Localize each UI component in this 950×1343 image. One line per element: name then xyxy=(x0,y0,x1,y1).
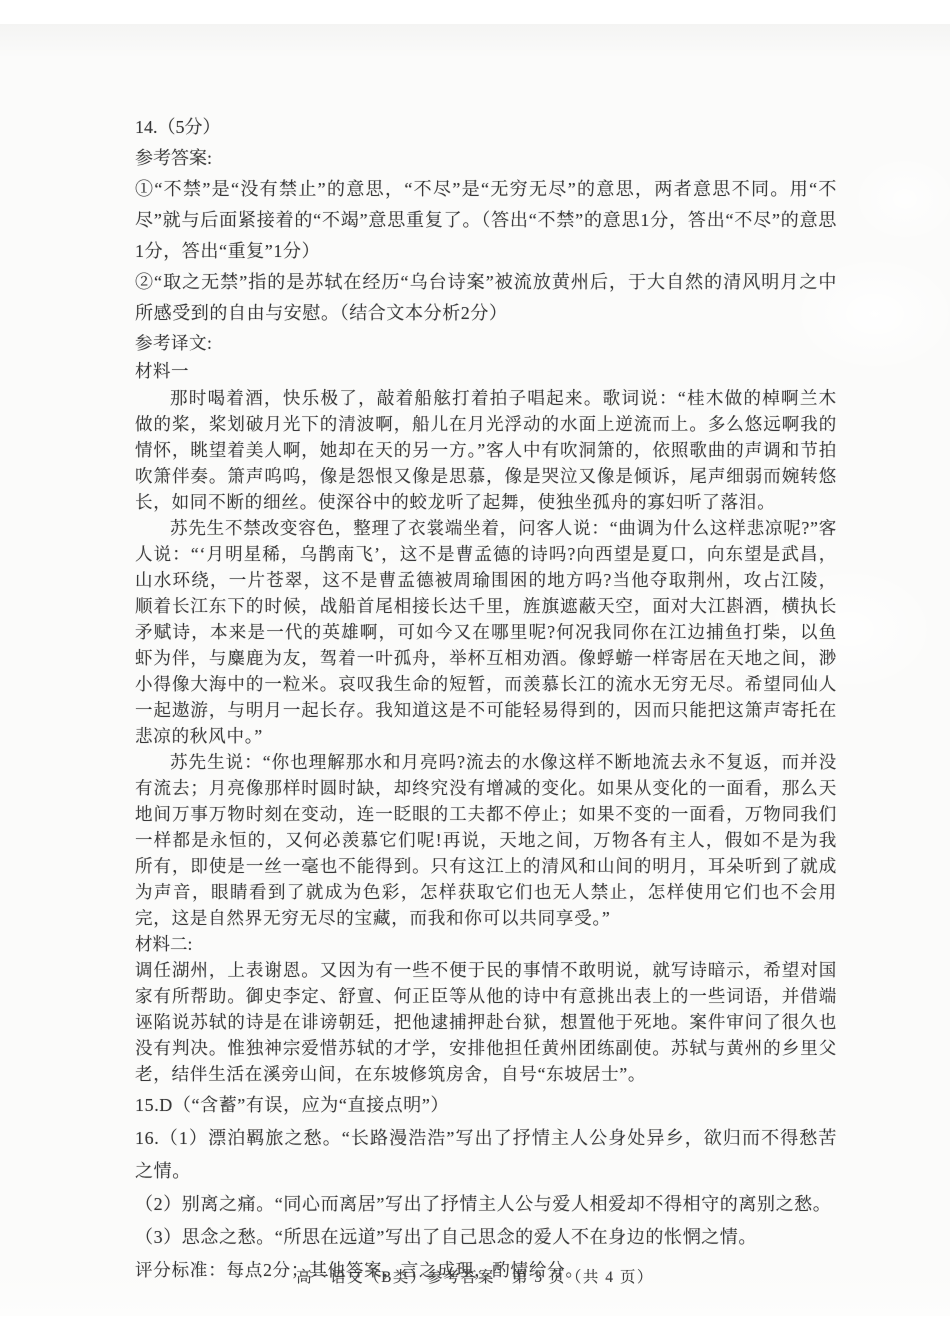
material-1-paragraph-1: 那时喝着酒，快乐极了，敲着船舷打着拍子唱起来。歌词说：“桂木做的棹啊兰木做的桨，… xyxy=(135,385,837,515)
page-footer: 高一语文（B类）参考答案 第 3 页（共 4 页） xyxy=(0,1265,950,1287)
q16-answer-item-1: 16.（1）漂泊羁旅之愁。“长路漫浩浩”写出了抒情主人公身处异乡，欲归而不得愁苦… xyxy=(135,1122,837,1188)
material-1-label: 材料一 xyxy=(135,357,837,385)
q14-answer-point-2: ②“取之无禁”指的是苏轼在经历“乌台诗案”被流放黄州后，于大自然的清风明月之中所… xyxy=(135,267,837,329)
reference-translation-label: 参考译文: xyxy=(135,329,837,357)
material-2-label: 材料二: xyxy=(135,931,837,957)
material-1-paragraph-3: 苏先生说：“你也理解那水和月亮吗?流去的水像这样不断地流去永不复返，而并没有流去… xyxy=(135,749,837,931)
answer-key-content: 14.（5分） 参考答案: ①“不禁”是“没有禁止”的意思，“不尽”是“无穷无尽… xyxy=(135,112,837,1287)
question-14-heading: 14.（5分） xyxy=(135,112,837,143)
q16-answer-item-3: （3）思念之愁。“所思在远道”写出了自己思念的爱人不在身边的怅惘之情。 xyxy=(135,1221,837,1254)
material-1-paragraph-2: 苏先生不禁改变容色，整理了衣裳端坐着，问客人说：“曲调为什么这样悲凉呢?”客人说… xyxy=(135,515,837,749)
q14-answer-point-1: ①“不禁”是“没有禁止”的意思，“不尽”是“无穷无尽”的意思，两者意思不同。用“… xyxy=(135,174,837,267)
scan-smudge-artifact xyxy=(850,154,950,244)
scanned-page: 14.（5分） 参考答案: ①“不禁”是“没有禁止”的意思，“不尽”是“无穷无尽… xyxy=(0,24,950,1316)
reference-answer-label: 参考答案: xyxy=(135,143,837,174)
q15-answer: 15.D（“含蓄”有误，应为“直接点明”） xyxy=(135,1089,837,1122)
material-2-paragraph: 调任湖州，上表谢恩。又因为有一些不便于民的事情不敢明说，就写诗暗示，希望对国家有… xyxy=(135,957,837,1087)
q16-answer-item-2: （2）别离之痛。“同心而离居”写出了抒情主人公与爱人相爱却不得相守的离别之愁。 xyxy=(135,1188,837,1221)
